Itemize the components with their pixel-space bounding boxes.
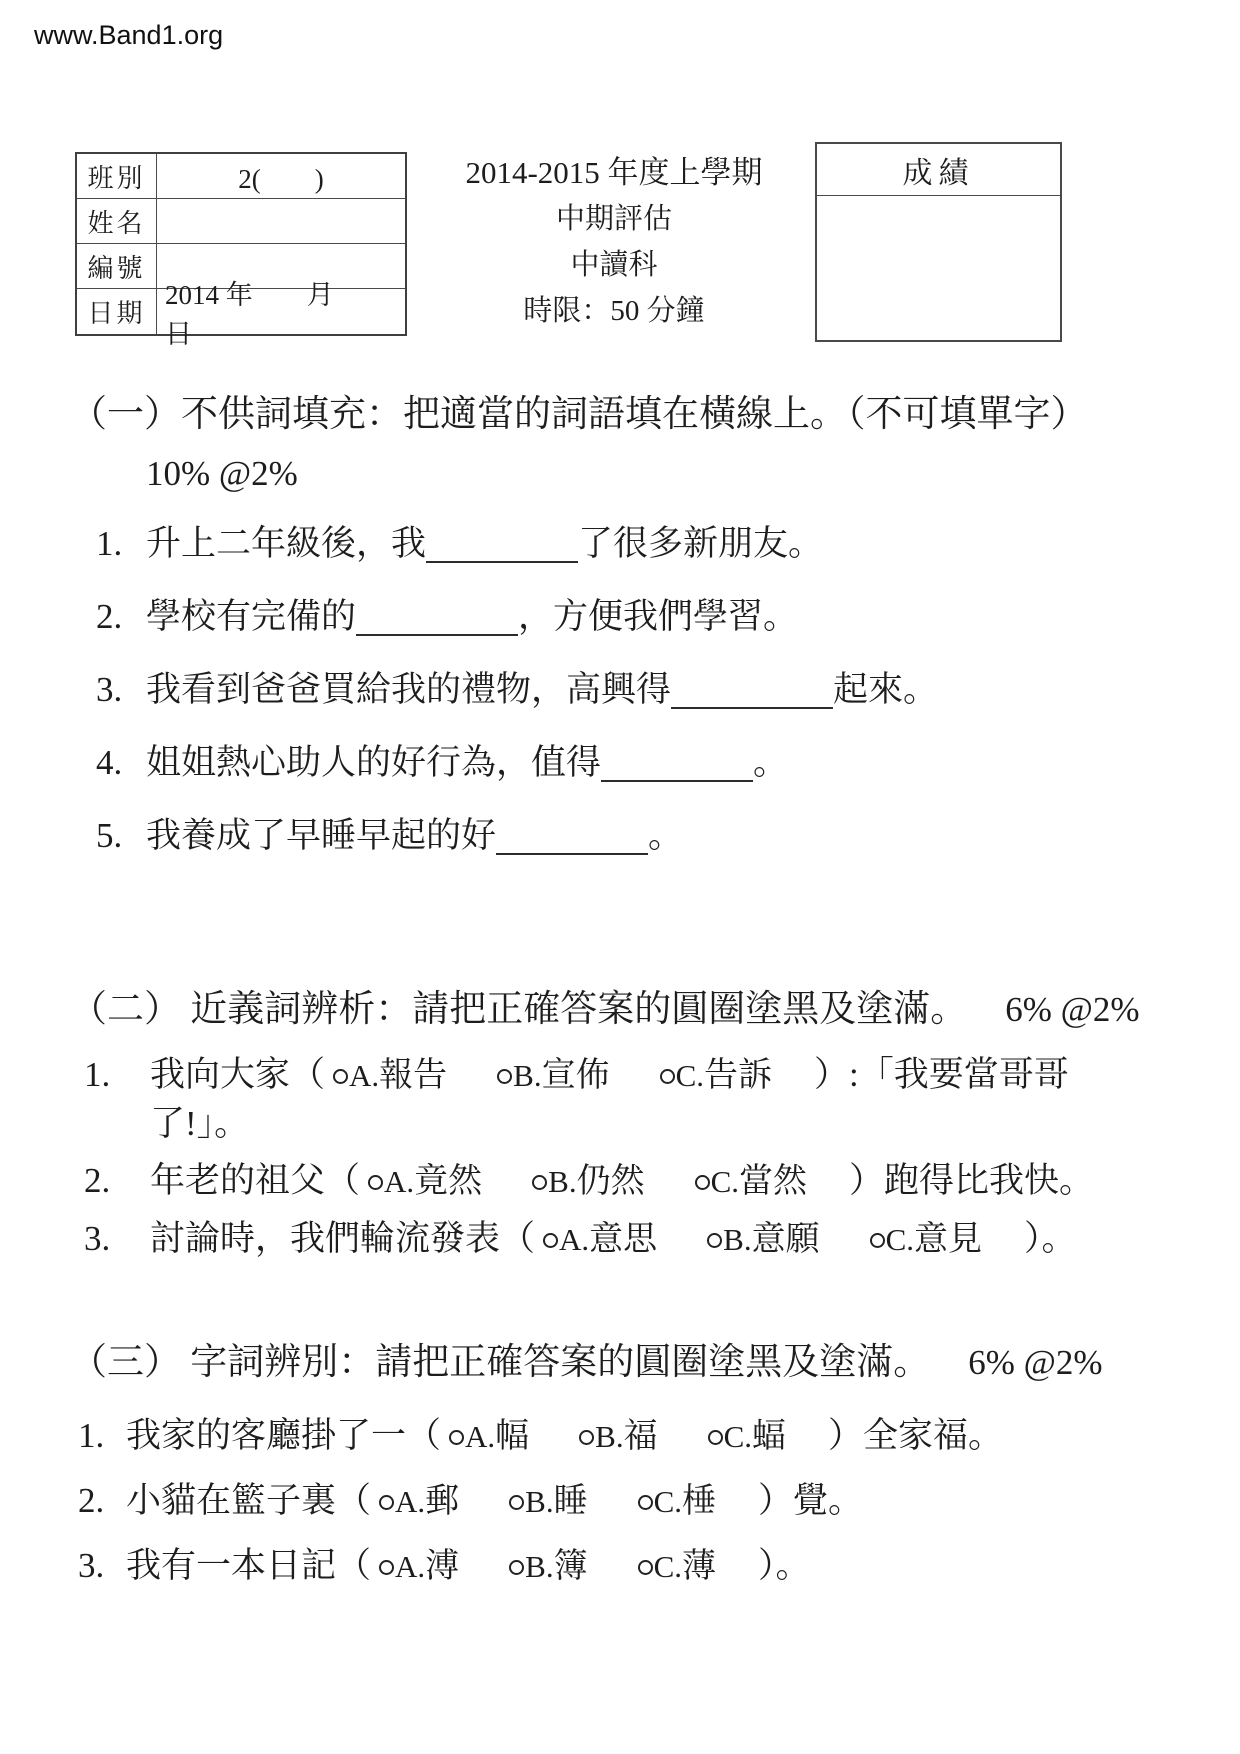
option-text: 竟然	[414, 1163, 482, 1200]
question-text: 小貓在籃子裏（A.郵B.睡C.棰）覺。	[126, 1477, 1205, 1526]
question-segment: 了很多新朋友。	[578, 524, 823, 563]
exam-paper-page: www.Band1.org 班別 2( ) 姓名 編號 日期 2014 年 月 …	[0, 0, 1240, 1754]
option-bubble-icon	[509, 1560, 524, 1575]
watermark: www.Band1.org	[34, 20, 223, 51]
question: 2.學校有完備的，方便我們學習。	[70, 593, 1205, 641]
answer-option: C.蝠	[708, 1412, 786, 1461]
info-label-name: 姓名	[77, 199, 157, 243]
question-segment: 我有一本日記（	[126, 1546, 371, 1585]
section-heading-text: （三） 字詞辨別：請把正確答案的圓圈塗黑及塗滿。	[70, 1342, 930, 1383]
option-letter: B.	[525, 1484, 553, 1519]
answer-option: C.薄	[638, 1542, 716, 1591]
option-letter: A.	[465, 1419, 495, 1454]
option-letter: C.	[654, 1549, 682, 1584]
option-bubble-icon	[707, 1233, 722, 1248]
question-segment: 我養成了早睡早起的好	[146, 816, 496, 855]
question-number: 2.	[78, 1477, 126, 1525]
question: 1.升上二年級後，我了很多新朋友。	[70, 520, 1205, 568]
option-letter: A.	[395, 1549, 425, 1584]
question-number: 1.	[78, 1412, 126, 1460]
question: 5.我養成了早睡早起的好。	[70, 812, 1205, 860]
exam-title-year: 2014-2015 年度上學期	[418, 150, 810, 196]
question-segment: ，方便我們學習。	[518, 597, 798, 636]
question-segment: ）:「我要當哥哥	[814, 1055, 1069, 1094]
section-heading-text: （一）不供詞填充：把適當的詞語填在橫線上。（不可填單字）	[70, 394, 1088, 435]
answer-blank	[671, 677, 833, 709]
option-letter: A.	[349, 1058, 379, 1093]
question-number: 4.	[96, 739, 146, 787]
option-letter: C.	[711, 1164, 739, 1199]
option-text: 福	[624, 1418, 658, 1455]
info-value-class: 2( )	[157, 154, 405, 198]
option-bubble-icon	[449, 1430, 464, 1445]
question-segment: ）。	[758, 1546, 811, 1585]
question-segment: 年老的祖父（	[150, 1161, 360, 1200]
info-label-number: 編號	[77, 244, 157, 288]
section-two: （二） 近義詞辨析：請把正確答案的圓圈塗黑及塗滿。6% @2%1.我向大家（A.…	[70, 983, 1205, 1273]
question-text: 我養成了早睡早起的好。	[146, 812, 1205, 860]
option-text: 薄	[682, 1548, 716, 1585]
question-segment: 起來。	[833, 670, 938, 709]
option-letter: A.	[559, 1222, 589, 1257]
info-value-date: 2014 年 月 日	[157, 289, 405, 334]
question-segment: 了!」。	[150, 1104, 249, 1143]
answer-option: B.仍然	[532, 1157, 644, 1206]
question: 2.小貓在籃子裏（A.郵B.睡C.棰）覺。	[70, 1477, 1205, 1526]
question-segment: 。	[648, 816, 683, 855]
section-three: （三） 字詞辨別：請把正確答案的圓圈塗黑及塗滿。6% @2%1.我家的客廳掛了一…	[70, 1336, 1205, 1607]
option-bubble-icon	[695, 1175, 710, 1190]
question-segment: 學校有完備的	[146, 597, 356, 636]
question-number: 2.	[84, 1157, 150, 1205]
section-heading: （二） 近義詞辨析：請把正確答案的圓圈塗黑及塗滿。6% @2%	[70, 983, 1205, 1037]
question: 3.我有一本日記（A.溥B.簿C.薄）。	[70, 1542, 1205, 1591]
question-text: 我看到爸爸買給我的禮物，高興得起來。	[146, 666, 1205, 714]
section-score: 6% @2%	[1005, 990, 1139, 1029]
option-text: 幅	[495, 1418, 529, 1455]
score-box: 成績	[815, 142, 1062, 342]
option-letter: B.	[595, 1419, 623, 1454]
option-bubble-icon	[509, 1495, 524, 1510]
section-one: （一）不供詞填充：把適當的詞語填在橫線上。（不可填單字）10% @2%1.升上二…	[70, 388, 1205, 885]
section-heading-text: （二） 近義詞辨析：請把正確答案的圓圈塗黑及塗滿。	[70, 989, 967, 1030]
option-text: 仍然	[577, 1163, 645, 1200]
option-bubble-icon	[379, 1560, 394, 1575]
question-number: 1.	[96, 520, 146, 568]
question-segment: 升上二年級後，我	[146, 524, 426, 563]
question-text: 姐姐熱心助人的好行為，值得。	[146, 739, 1205, 787]
question: 1.我家的客廳掛了一（A.幅B.福C.蝠）全家福。	[70, 1412, 1205, 1461]
option-letter: B.	[525, 1549, 553, 1584]
option-letter: C.	[676, 1058, 704, 1093]
answer-option: A.意思	[543, 1215, 657, 1264]
answer-option: C.告訴	[660, 1051, 772, 1100]
section-heading: （一）不供詞填充：把適當的詞語填在橫線上。（不可填單字）	[70, 388, 1205, 442]
question-segment: 我向大家（	[150, 1055, 325, 1094]
question-number: 5.	[96, 812, 146, 860]
option-letter: C.	[724, 1419, 752, 1454]
exam-title-block: 2014-2015 年度上學期 中期評估 中讀科 時限：50 分鐘	[418, 150, 810, 334]
option-text: 意願	[752, 1221, 820, 1258]
option-text: 告訴	[704, 1057, 772, 1094]
option-bubble-icon	[379, 1495, 394, 1510]
option-text: 蝠	[752, 1418, 786, 1455]
option-bubble-icon	[543, 1233, 558, 1248]
info-row-date: 日期 2014 年 月 日	[77, 289, 405, 334]
question-number: 3.	[78, 1542, 126, 1590]
question: 3.討論時，我們輪流發表（A.意思B.意願C.意見）。	[70, 1215, 1205, 1264]
option-letter: B.	[513, 1058, 541, 1093]
answer-option: B.意願	[707, 1215, 819, 1264]
option-bubble-icon	[497, 1069, 512, 1084]
option-letter: B.	[723, 1222, 751, 1257]
score-box-value	[817, 196, 1060, 342]
answer-option: C.棰	[638, 1477, 716, 1526]
question-text: 我有一本日記（A.溥B.簿C.薄）。	[126, 1542, 1205, 1591]
option-text: 當然	[739, 1163, 807, 1200]
answer-blank	[601, 750, 753, 782]
option-bubble-icon	[660, 1069, 675, 1084]
answer-blank	[426, 531, 578, 563]
question-text: 我家的客廳掛了一（A.幅B.福C.蝠）全家福。	[126, 1412, 1205, 1461]
option-bubble-icon	[333, 1069, 348, 1084]
option-text: 意見	[914, 1221, 982, 1258]
question-segment: 姐姐熱心助人的好行為，值得	[146, 743, 601, 782]
question-segment: ）全家福。	[828, 1416, 1003, 1455]
question-text: 升上二年級後，我了很多新朋友。	[146, 520, 1205, 568]
answer-blank	[496, 823, 648, 855]
question-segment: ）跑得比我快。	[849, 1161, 1094, 1200]
question: 1.我向大家（A.報告B.宣佈C.告訴）:「我要當哥哥了!」。	[70, 1051, 1205, 1148]
answer-option: C.意見	[870, 1215, 982, 1264]
question-segment: 討論時，我們輪流發表（	[150, 1219, 535, 1258]
answer-option: C.當然	[695, 1157, 807, 1206]
question-text: 年老的祖父（A.竟然B.仍然C.當然）跑得比我快。	[150, 1157, 1205, 1206]
option-letter: C.	[886, 1222, 914, 1257]
option-bubble-icon	[368, 1175, 383, 1190]
info-label-class: 班別	[77, 154, 157, 198]
question-number: 2.	[96, 593, 146, 641]
option-bubble-icon	[870, 1233, 885, 1248]
question-number: 1.	[84, 1051, 150, 1099]
answer-blank	[356, 604, 518, 636]
answer-option: B.簿	[509, 1542, 587, 1591]
question-text: 學校有完備的，方便我們學習。	[146, 593, 1205, 641]
answer-option: A.郵	[379, 1477, 459, 1526]
option-letter: C.	[654, 1484, 682, 1519]
option-text: 棰	[682, 1483, 716, 1520]
option-letter: A.	[395, 1484, 425, 1519]
question-segment: ）覺。	[758, 1481, 863, 1520]
answer-option: B.宣佈	[497, 1051, 609, 1100]
question-number: 3.	[84, 1215, 150, 1263]
option-bubble-icon	[638, 1495, 653, 1510]
question-segment: 小貓在籃子裏（	[126, 1481, 371, 1520]
info-row-name: 姓名	[77, 199, 405, 244]
option-text: 報告	[379, 1057, 447, 1094]
question: 2.年老的祖父（A.竟然B.仍然C.當然）跑得比我快。	[70, 1157, 1205, 1206]
answer-option: B.睡	[509, 1477, 587, 1526]
question-number: 3.	[96, 666, 146, 714]
exam-time-limit: 時限：50 分鐘	[418, 288, 810, 334]
question-text: 討論時，我們輪流發表（A.意思B.意願C.意見）。	[150, 1215, 1205, 1264]
option-bubble-icon	[708, 1430, 723, 1445]
question-segment: 我看到爸爸買給我的禮物，高興得	[146, 670, 671, 709]
option-text: 睡	[554, 1483, 588, 1520]
option-letter: B.	[548, 1164, 576, 1199]
option-bubble-icon	[579, 1430, 594, 1445]
question-text: 我向大家（A.報告B.宣佈C.告訴）:「我要當哥哥了!」。	[150, 1051, 1205, 1148]
score-box-label: 成績	[817, 144, 1060, 196]
question: 3.我看到爸爸買給我的禮物，高興得起來。	[70, 666, 1205, 714]
option-bubble-icon	[638, 1560, 653, 1575]
exam-title-term: 中期評估	[418, 196, 810, 242]
option-text: 溥	[425, 1548, 459, 1585]
question-segment: 我家的客廳掛了一（	[126, 1416, 441, 1455]
section-heading: （三） 字詞辨別：請把正確答案的圓圈塗黑及塗滿。6% @2%	[70, 1336, 1205, 1390]
info-label-date: 日期	[77, 289, 157, 334]
answer-option: B.福	[579, 1412, 657, 1461]
option-text: 意思	[589, 1221, 657, 1258]
question-segment: 。	[753, 743, 788, 782]
answer-option: A.報告	[333, 1051, 447, 1100]
option-letter: A.	[384, 1164, 414, 1199]
option-bubble-icon	[532, 1175, 547, 1190]
answer-option: A.幅	[449, 1412, 529, 1461]
section-subheading: 10% @2%	[146, 454, 1205, 494]
option-text: 郵	[425, 1483, 459, 1520]
student-info-table: 班別 2( ) 姓名 編號 日期 2014 年 月 日	[75, 152, 407, 336]
question: 4.姐姐熱心助人的好行為，值得。	[70, 739, 1205, 787]
info-row-class: 班別 2( )	[77, 154, 405, 199]
info-value-name	[157, 199, 405, 243]
section-score: 6% @2%	[968, 1343, 1102, 1382]
option-text: 宣佈	[542, 1057, 610, 1094]
answer-option: A.溥	[379, 1542, 459, 1591]
answer-option: A.竟然	[368, 1157, 482, 1206]
option-text: 簿	[554, 1548, 588, 1585]
exam-title-subject: 中讀科	[418, 242, 810, 288]
question-segment: ）。	[1024, 1219, 1077, 1258]
